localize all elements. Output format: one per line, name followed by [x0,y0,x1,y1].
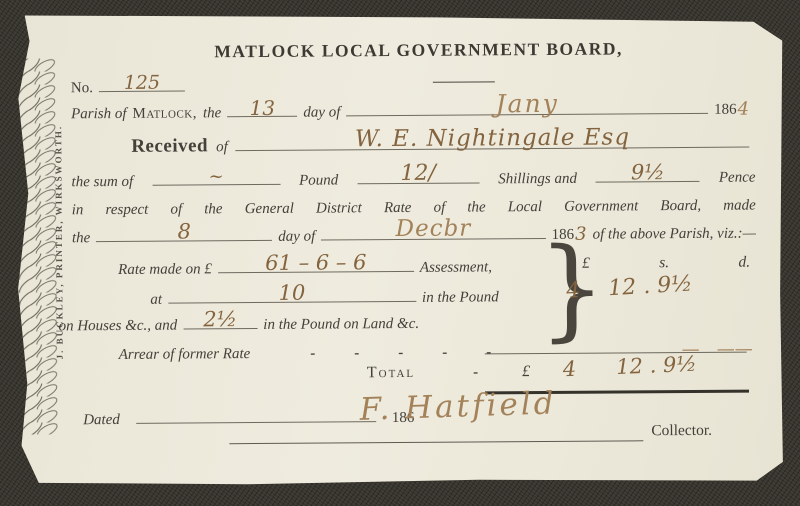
number-blank: 125 [99,75,185,92]
rate-day-handwritten: 8 [177,220,191,243]
pounds-handwritten: ~ [209,167,224,187]
month-handwritten: Jany [496,89,559,117]
total-line: Total - £ [367,363,530,382]
collector-signature-handwritten: F. Hatfield [253,383,664,431]
pence-blank: 9½ [596,166,700,183]
assessment-blank: 61 – 6 – 6 [218,256,414,273]
parish-of-label: Parish of [71,106,127,123]
rate-month-blank: Decbr [321,223,545,241]
shillings-blank: 12/ [357,167,479,184]
rate-line-1: Rate made on £ 61 – 6 – 6 Assessment, [118,255,492,279]
year-printed: 186 [714,102,737,118]
rate-line3-prefix: on Houses &c., and [58,318,177,336]
year-group: 1864 [714,99,749,119]
rate-line3-suffix: in the Pound on Land &c. [263,316,419,334]
arrear-dashes: - - - - - [310,344,492,362]
shillings-label: Shillings and [498,171,577,189]
year-digit-handwritten: 4 [738,99,750,120]
rate-line2-prefix: at [150,292,162,309]
received-label: Received [131,135,208,158]
number-label: No. [71,80,93,97]
pound-rate-handwritten: 10 [279,282,306,305]
parish-name: Matlock, [132,105,197,122]
pound-column-header: £ [582,255,590,273]
day-of-label: day of [278,229,315,246]
day-blank: 13 [227,101,297,117]
month-blank: Jany [346,98,708,117]
title-rule [433,81,495,82]
signature-rule [229,440,643,444]
pence-handwritten: 9½ [631,161,665,184]
parish-date-line: Parish of Matlock, the 13 day of Jany 18… [71,98,749,124]
sum-line: the sum of ~ Pound 12/ Shillings and 9½ … [71,166,755,192]
land-rate-handwritten: 2½ [203,308,237,331]
number-line: No. 125 [71,75,185,97]
rate-line-3: on Houses &c., and 2½ in the Pound on La… [58,312,419,336]
assessment-handwritten: 61 – 6 – 6 [265,251,366,275]
rate-day-blank: 8 [96,225,272,242]
day-of-label: day of [303,104,340,121]
dated-label: Dated [83,412,120,429]
shillings-handwritten: 12/ [400,162,436,186]
payer-handwritten: W. E. Nightingale Esq [355,125,630,152]
rate-line-2: at 10 in the Pound [150,285,498,308]
payer-blank: W. E. Nightingale Esq [236,132,750,152]
pound-rate-blank: 10 [168,286,416,304]
land-rate-blank: 2½ [183,313,257,330]
pound-label: Pound [299,172,338,189]
pence-label: Pence [719,170,756,187]
of-label: of [216,139,228,156]
shillings-column-header: s. [659,254,669,272]
rate-date-line: the 8 day of Decbr 1863 of the above Par… [72,222,756,248]
board-title: MATLOCK LOCAL GOVERNMENT BOARD, [103,38,735,63]
the-label: the [203,105,221,122]
receipt-document: J. BUCKLEY, PRINTER, WIRKSWORTH. MATLOCK… [12,7,787,488]
rate-line1-prefix: Rate made on £ [118,261,212,279]
the-label: the [72,230,90,247]
total-dash: - [473,364,478,381]
total-pound-sign: £ [522,363,530,381]
rate-line1-suffix: Assessment, [420,259,492,277]
rate-month-handwritten: Decbr [396,216,472,242]
day-handwritten: 13 [249,97,275,119]
rate-line2-suffix: in the Pound [422,289,499,307]
pounds-blank: ~ [152,169,280,186]
rate-date-suffix: of the above Parish, viz.:— [593,226,756,244]
sum-prefix: the sum of [71,174,133,191]
total-label: Total [367,364,415,382]
arrear-label: Arrear of former Rate [119,346,251,364]
received-line: Received of W. E. Nightingale Esq [131,132,749,158]
collector-label: Collector. [651,422,712,440]
number-handwritten: 125 [124,73,160,94]
